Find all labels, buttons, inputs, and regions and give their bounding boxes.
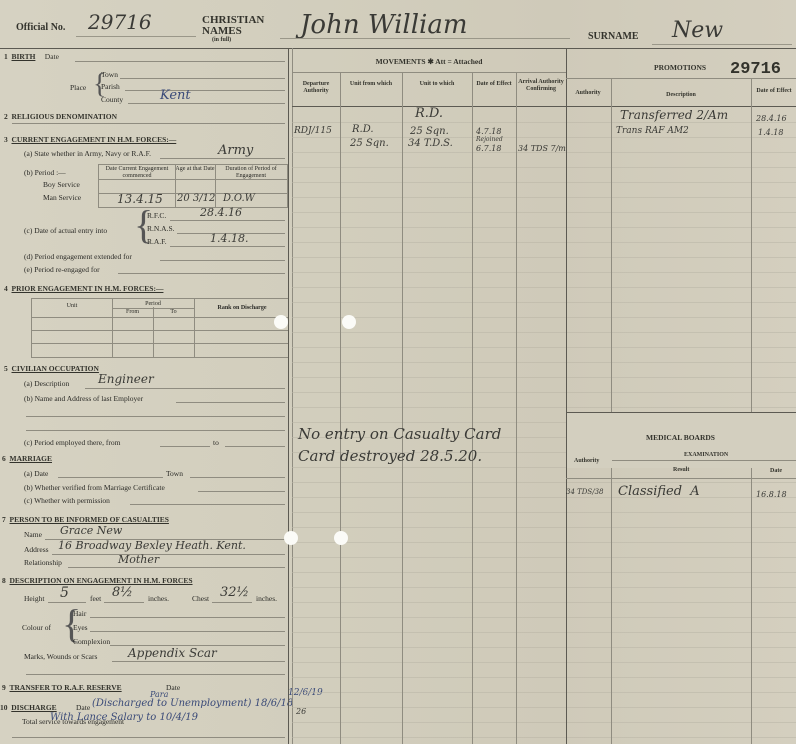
occupation-description-label: (a) Description bbox=[24, 379, 69, 388]
movement-row-2-arrival: 34 TDS 7/m bbox=[518, 144, 566, 153]
feet-label: feet bbox=[90, 594, 101, 603]
christian-names-label: CHRISTIAN NAMES bbox=[202, 15, 272, 37]
reengaged-label: (e) Period re-engaged for bbox=[24, 265, 100, 274]
marriage-date-label: (a) Date bbox=[24, 469, 48, 478]
promotion-row-1-description: Trans RAF AM2 bbox=[616, 126, 689, 136]
boy-service-label: Boy Service bbox=[43, 180, 80, 189]
discharge-date-label: Date bbox=[76, 703, 90, 712]
rnas-label: R.N.A.S. bbox=[147, 224, 175, 233]
marks-label: Marks, Wounds or Scars bbox=[24, 652, 97, 661]
promotions-col-date: Date of Effect bbox=[752, 88, 796, 95]
discharge-date-value: (Discharged to Unemployment) 18/6/18 bbox=[92, 698, 293, 709]
marriage-heading: 6 MARRIAGE bbox=[2, 454, 52, 463]
punch-hole bbox=[284, 531, 298, 545]
actual-entry-label: (c) Date of actual entry into bbox=[24, 226, 107, 235]
medical-title: MEDICAL BOARDS bbox=[646, 433, 715, 442]
movements-title: MOVEMENTS ✱ Att = Attached bbox=[292, 57, 566, 66]
place-label: Place bbox=[70, 83, 86, 92]
medical-examination-label: EXAMINATION bbox=[684, 452, 728, 458]
movement-row-1-to: 25 Sqn. bbox=[410, 126, 449, 137]
height-label: Height bbox=[24, 594, 44, 603]
movement-row-2-date: 6.7.18 bbox=[476, 144, 501, 153]
man-service-label: Man Service bbox=[43, 193, 81, 202]
prior-engagement-table: Unit Period From To Rank on Discharge bbox=[31, 298, 289, 358]
height-feet-value: 5 bbox=[60, 585, 69, 601]
promotion-row-1-date: 1.4.18 bbox=[758, 128, 783, 137]
movement-row-1-departure: RDJ/115 bbox=[294, 126, 332, 136]
medical-row-0-date: 16.8.18 bbox=[756, 490, 787, 499]
movements-col-from: Unit from which bbox=[340, 81, 402, 88]
movements-col-departure: Departure Authority bbox=[292, 81, 340, 95]
army-navy-raf-value: Army bbox=[218, 143, 253, 158]
period-label: (b) Period :— bbox=[24, 168, 66, 177]
current-engagement-heading: 3 CURRENT ENGAGEMENT IN H.M. FORCES:— bbox=[4, 135, 176, 144]
medical-date-label: Date bbox=[770, 468, 782, 474]
county-label: County bbox=[101, 95, 123, 104]
movement-row-2-to: 34 T.D.S. bbox=[408, 138, 453, 149]
promotion-row-0-date: 28.4.16 bbox=[756, 114, 787, 123]
chest-label: Chest bbox=[192, 594, 209, 603]
inches-label: inches. bbox=[148, 594, 169, 603]
promotions-number: 29716 bbox=[730, 60, 781, 79]
hair-label: Hair bbox=[73, 609, 86, 618]
height-inches-value: 8½ bbox=[112, 585, 133, 600]
movements-col-date: Date of Effect bbox=[472, 81, 516, 88]
movement-row-0-to: R.D. bbox=[415, 106, 443, 121]
casualty-address-label: Address bbox=[24, 545, 49, 554]
movement-row-1-date: 4.7.18 bbox=[476, 127, 501, 136]
description-heading: 8 DESCRIPTION ON ENGAGEMENT IN H.M. FORC… bbox=[2, 576, 193, 585]
casualty-address-value: 16 Broadway Bexley Heath. Kent. bbox=[58, 539, 246, 552]
occupation-description-value: Engineer bbox=[98, 372, 154, 386]
rfc-value: 28.4.16 bbox=[200, 206, 242, 219]
man-service-age: 20 3/12 bbox=[177, 193, 215, 204]
promotion-row-0-description: Transferred 2/Am bbox=[620, 108, 728, 122]
extended-label: (d) Period engagement extended for bbox=[24, 252, 132, 261]
medical-row-0-authority: 34 TDS/38 bbox=[566, 488, 603, 496]
official-no-label: Official No. bbox=[16, 22, 65, 33]
casualties-heading: 7 PERSON TO BE INFORMED OF CASUALTIES bbox=[2, 515, 169, 524]
casualty-relationship-value: Mother bbox=[118, 553, 159, 566]
promotions-col-description: Description bbox=[612, 92, 750, 98]
surname-value: New bbox=[672, 18, 723, 43]
civilian-occupation-heading: 5 CIVILIAN OCCUPATION bbox=[4, 364, 99, 373]
medical-row-0-result: Classified A bbox=[618, 484, 700, 499]
movement-row-2-from: 25 Sqn. bbox=[350, 138, 389, 149]
promotions-title: PROMOTIONS bbox=[654, 63, 706, 72]
marriage-town-label: Town bbox=[166, 469, 183, 478]
movement-note-line-2: Card destroyed 28.5.20. bbox=[298, 447, 482, 465]
raf-value: 1.4.18. bbox=[210, 232, 248, 245]
promotions-col-authority: Authority bbox=[566, 90, 610, 96]
period-employed-label: (c) Period employed there, from bbox=[24, 438, 120, 447]
movements-col-to: Unit to which bbox=[402, 81, 472, 88]
medical-result-label: Result bbox=[673, 467, 689, 473]
punch-hole bbox=[342, 315, 356, 329]
parish-label: Parish bbox=[101, 82, 120, 91]
man-service-duration: D.O.W bbox=[223, 193, 255, 204]
christian-names-sub: (in full) bbox=[212, 37, 231, 43]
official-no-value: 29716 bbox=[88, 10, 152, 34]
county-value: Kent bbox=[160, 88, 191, 103]
movements-col-arrival: Arrival Authority Confirming bbox=[516, 79, 566, 93]
marriage-certificate-label: (b) Whether verified from Marriage Certi… bbox=[24, 483, 165, 492]
total-service-value: With Lance Salary to 10/4/19 bbox=[50, 712, 198, 723]
movement-note-line-1: No entry on Casualty Card bbox=[298, 425, 501, 443]
complexion-label: Complexion bbox=[73, 637, 110, 646]
casualty-name-value: Grace New bbox=[60, 524, 122, 537]
marks-value: Appendix Scar bbox=[128, 646, 217, 660]
discharge-heading: 10 DISCHARGE bbox=[0, 703, 57, 712]
surname-label: SURNAME bbox=[588, 31, 639, 42]
colour-of-label: Colour of bbox=[22, 623, 51, 632]
chest-inches-label: inches. bbox=[256, 594, 277, 603]
casualty-relationship-label: Relationship bbox=[24, 558, 62, 567]
punch-hole bbox=[274, 315, 288, 329]
eyes-label: Eyes bbox=[73, 623, 88, 632]
christian-names-value: John William bbox=[300, 10, 468, 40]
raf-label: R.A.F. bbox=[147, 237, 167, 246]
service-record-card: Official No. 29716 CHRISTIAN NAMES (in f… bbox=[0, 0, 796, 744]
town-label: Town bbox=[101, 70, 118, 79]
last-employer-label: (b) Name and Address of last Employer bbox=[24, 394, 143, 403]
medical-authority-label: Authority bbox=[574, 458, 599, 464]
chest-value: 32½ bbox=[220, 585, 249, 600]
casualty-name-label: Name bbox=[24, 530, 42, 539]
rfc-label: R.F.C. bbox=[147, 211, 166, 220]
prior-engagement-heading: 4 PRIOR ENGAGEMENT IN H.M. FORCES:— bbox=[4, 284, 163, 293]
army-navy-raf-label: (a) State whether in Army, Navy or R.A.F… bbox=[24, 149, 151, 158]
birth-heading: 1 BIRTH Date bbox=[4, 52, 59, 61]
religion-heading: 2 RELIGIOUS DENOMINATION bbox=[4, 112, 117, 121]
punch-hole bbox=[334, 531, 348, 545]
period-table: Date Current Engagement commenced Age at… bbox=[98, 164, 288, 208]
marriage-permission-label: (c) Whether with permission bbox=[24, 496, 110, 505]
period-employed-to: to bbox=[213, 438, 219, 447]
transfer-reserve-heading: 9 TRANSFER TO R.A.F. RESERVE bbox=[2, 683, 122, 692]
movement-date-note: Rejoined bbox=[476, 136, 503, 143]
movement-row-1-from: R.D. bbox=[352, 124, 374, 135]
